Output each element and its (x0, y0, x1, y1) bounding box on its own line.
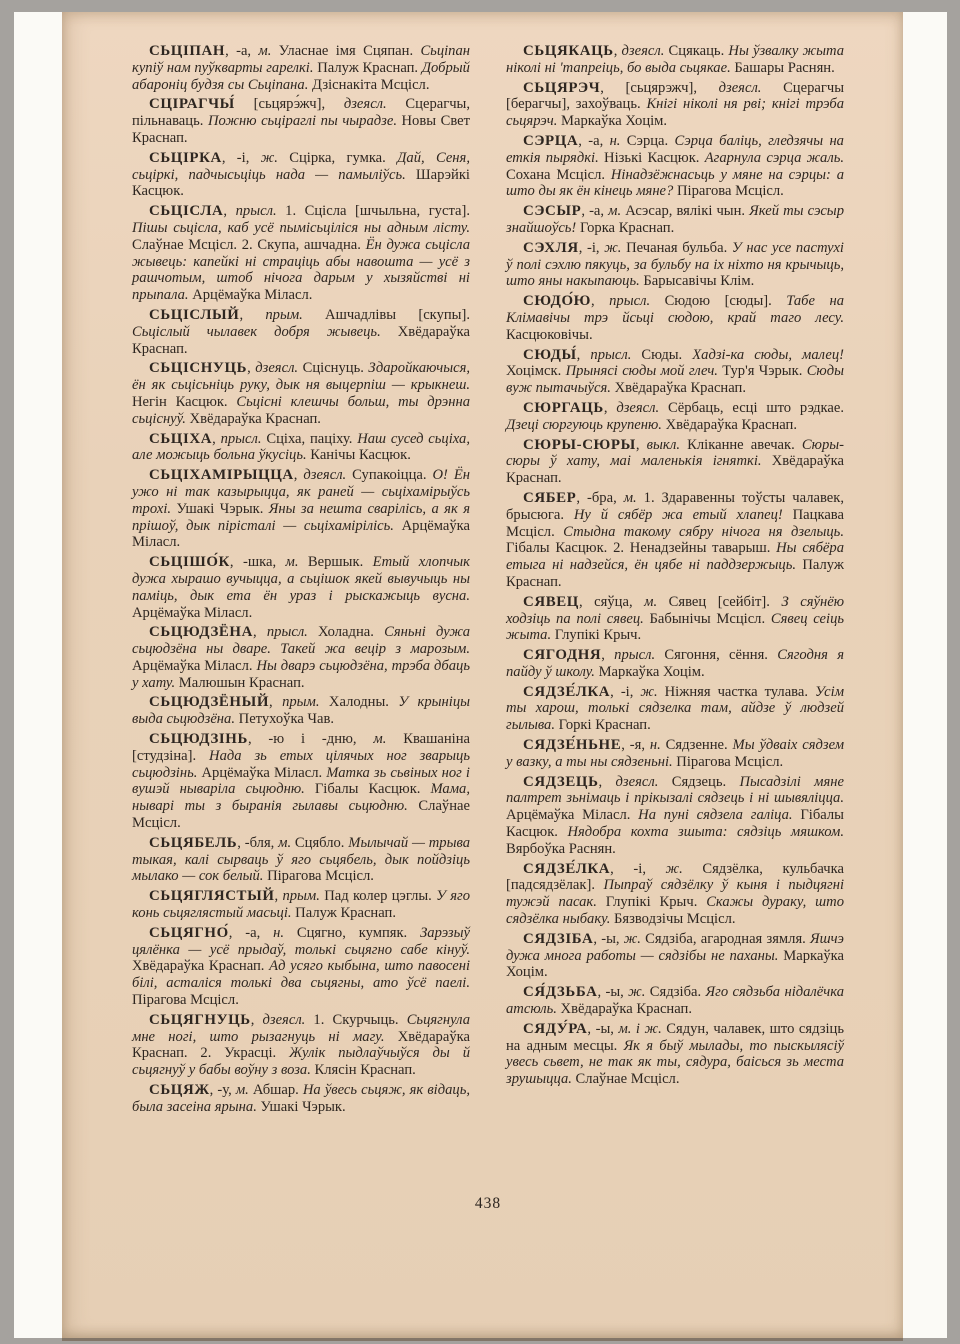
example-text: прым. (282, 888, 319, 904)
entry-text: Сядзіба. (645, 984, 705, 1000)
dictionary-entry: СЯДЗЕ́ЛКА, -і, ж. Ніжняя частка тулава. … (506, 684, 844, 734)
entry-text: Арцёмаўка Міласл. (506, 807, 638, 823)
example-text: ж. (604, 240, 621, 256)
entry-text: , (577, 347, 591, 363)
example-text: н. (610, 133, 621, 149)
entry-text: Тур'я Чэрык. (718, 363, 807, 379)
entry-text: Сохана Мсцісл. (506, 167, 611, 183)
entry-text: Печаная бульба. (621, 240, 731, 256)
headword: СЬЦЮДЗІНЬ (149, 731, 248, 747)
entry-text: Хоцімск. (506, 363, 566, 379)
example-text: дзеясл. (344, 96, 387, 112)
entry-text: Палуж Краснап. (292, 905, 396, 921)
example-text: прысл. (614, 647, 655, 663)
entry-text: , -бра, (576, 490, 623, 506)
example-text: дзеясл. (303, 467, 346, 483)
entry-text: Сюды. (631, 347, 692, 363)
dictionary-entry: СЯГОДНЯ, прысл. Сягоння, сёння. Сягодня … (506, 647, 844, 681)
entry-text: Маркаўка Хоцім. (557, 113, 667, 129)
entry-text: Хвёдараўка Краснап. (662, 417, 797, 433)
entry-text: Сціснуць. (298, 360, 368, 376)
entry-text: , -бля, (237, 835, 278, 851)
dictionary-entry: СЬЦІХА, прысл. Сціха, паціху. Наш сусед … (132, 431, 470, 465)
entry-text: , -ю і -дню, (248, 731, 373, 747)
dictionary-entry: СЬЦЮДЗЁНЫЙ, прым. Халодны. У крыніцы выд… (132, 694, 470, 728)
headword: СЬЦЯГНУЦЬ (149, 1012, 251, 1028)
example-text: м. (608, 203, 621, 219)
headword: СЭСЫР (523, 203, 581, 219)
headword: СЬЦІСЛЫЙ (149, 307, 239, 323)
dictionary-entry: СЮРЫ-СЮРЫ, выкл. Кліканне авечак. Сюры-с… (506, 437, 844, 487)
right-column: СЬЦЯКАЦЬ, дзеясл. Сцякаць. Ны ўзвалку жы… (506, 43, 844, 1119)
entry-text: Маркаўка Хоцім. (595, 664, 705, 680)
headword: СЮДО́Ю (523, 293, 591, 309)
example-text: Сьціслый чылавек добря жывець. (132, 324, 381, 340)
entry-text: Ушакі Чэрык. (257, 1099, 346, 1115)
entry-text: , (253, 624, 267, 640)
entry-text: Негін Касцюк. (132, 394, 236, 410)
entry-text: Нізькі Касцюк. (599, 150, 705, 166)
example-text: Пішы сьцісла, каб усё пымісьціліся ны ад… (132, 220, 470, 236)
entry-text: Пірагова Мсцісл. (132, 992, 239, 1008)
entry-text: , -і, (579, 240, 605, 256)
example-text: м. (236, 1082, 249, 1098)
example-text: дзеясл. (616, 774, 659, 790)
example-text: Хадзі-ка сюды, малец! (692, 347, 844, 363)
entry-text: Пірагова Мсцісл. (673, 183, 784, 199)
entry-text: Пірагова Мсцісл. (673, 754, 784, 770)
dictionary-entry: СЮДО́Ю, прысл. Сюдою [сюды]. Табе на Клі… (506, 293, 844, 343)
headword: СЬЦЯКАЦЬ (523, 43, 614, 59)
headword: СЮДЫ́ (523, 347, 577, 363)
entry-text: Абшар. (249, 1082, 303, 1098)
entry-text: Петухоўка Чав. (235, 711, 334, 727)
example-text: дзеясл. (263, 1012, 306, 1028)
dictionary-page: СЬЦІПАН, -а, м. Уласнае імя Сцяпан. Сьці… (62, 12, 903, 1341)
entry-text: , (212, 431, 220, 447)
headword: СЯВЕЦ (523, 594, 579, 610)
entry-text: Сягоння, сёння. (655, 647, 777, 663)
dictionary-entry: СЬЦІСЛЫЙ, прым. Ашчадлівы [скупы]. Сьціс… (132, 307, 470, 357)
headword: СЯДЗЕ́ЛКА (523, 861, 610, 877)
entry-text: Сцябло. (291, 835, 348, 851)
entry-text: Гібалы Касцюк. 2. Ненадзейны таварыш. (506, 540, 776, 556)
dictionary-entry: СЬЦЯГНО́, -а, н. Сцягно, кумпяк. Зарэзыў… (132, 925, 470, 1009)
dictionary-entry: СЬЦЯГЛЯСТЫЙ, прым. Пад колер цэглы. У яг… (132, 888, 470, 922)
entry-text: Пірагова Мсцісл. (263, 868, 374, 884)
dictionary-entry: СЮДЫ́, прысл. Сюды. Хадзі-ка сюды, малец… (506, 347, 844, 397)
entry-text: Сюдою [сюды]. (650, 293, 786, 309)
headword: СЬЦЯГЛЯСТЫЙ (149, 888, 275, 904)
dictionary-entry: СЬЦЯГНУЦЬ, дзеясл. 1. Скурчыць. Сьцягнул… (132, 1012, 470, 1079)
entry-text: Хвёдараўка Краснап. (186, 411, 321, 427)
headword: СЬЦЯЖ (149, 1082, 210, 1098)
entry-text: Пад колер цэглы. (320, 888, 436, 904)
entry-text: , (614, 43, 622, 59)
entry-text: Сэрца. (620, 133, 674, 149)
example-text: ж. (261, 150, 278, 166)
text-block: СЬЦІПАН, -а, м. Уласнае імя Сцяпан. Сьці… (132, 43, 844, 1119)
entry-text: Вершык. (299, 554, 373, 570)
entry-text: Хвёдараўка Краснап. (557, 1001, 692, 1017)
entry-text: Бабынічы Мсцісл. (644, 611, 771, 627)
entry-text: , (636, 437, 647, 453)
headword: СЯГОДНЯ (523, 647, 601, 663)
entry-text: Ушакі Чэрык. (171, 501, 269, 517)
entry-text: Арцёмаўка Міласл. (189, 287, 313, 303)
entry-text: Асэсар, вялікі чын. (621, 203, 749, 219)
entry-text: Горка Краснап. (576, 220, 674, 236)
example-text: м. (373, 731, 386, 747)
entry-text: Гібалы Касцюк. (305, 781, 431, 797)
example-text: м. (286, 554, 299, 570)
entry-text: , -шка, (230, 554, 286, 570)
entry-text: Касцюковічы. (506, 327, 593, 343)
entry-text: Палуж Краснап. (314, 60, 422, 76)
dictionary-entry: СЬЦІХАМІРЫЦЦА, дзеясл. Супакоіцца. О! Ён… (132, 467, 470, 551)
entry-text: Ашчадлівы [скупы]. (303, 307, 470, 323)
example-text: прым. (265, 307, 302, 323)
entry-text: Хвёдараўка Краснап. (132, 958, 269, 974)
entry-text: , -у, (210, 1082, 236, 1098)
dictionary-entry: СЯДЗІБА, -ы, ж. Сядзіба, агародная зямля… (506, 931, 844, 981)
example-text: прысл. (590, 347, 631, 363)
entry-text: Арцёмаўка Міласл. (197, 765, 326, 781)
example-text: ж. (624, 931, 641, 947)
dictionary-entry: СЬЦІСНУЦЬ, дзеясл. Сціснуць. Здаройкаючы… (132, 360, 470, 427)
entry-text: Сядзіба, агародная зямля. (641, 931, 810, 947)
example-text: прысл. (221, 431, 262, 447)
headword: СЯДУ́РА (523, 1021, 587, 1037)
entry-text: Халодны. (320, 694, 399, 710)
example-text: дзеясл. (255, 360, 298, 376)
example-text: дзеясл. (719, 80, 762, 96)
example-text: м. і ж. (618, 1021, 661, 1037)
entry-text: Сцякаць. (664, 43, 728, 59)
example-text: прысл. (236, 203, 277, 219)
entry-text: Уласнае імя Сцяпан. (271, 43, 420, 59)
entry-text: Арцёмаўка Міласл. (132, 658, 256, 674)
dictionary-entry: СЯДЗЕ́НЬНЕ, -я, н. Сядзенне. Мы ўдваіх с… (506, 737, 844, 771)
dictionary-entry: СЬЦЯБЕЛЬ, -бля, м. Сцябло. Мылычай — тры… (132, 835, 470, 885)
example-text: ж. (628, 984, 645, 1000)
entry-text: , -а, (581, 203, 608, 219)
example-text: ж. (640, 684, 657, 700)
dictionary-entry: СЬЦЯЖ, -у, м. Абшар. На ўвесь сьцяж, як … (132, 1082, 470, 1116)
entry-text: Сціха, паціху. (262, 431, 358, 447)
entry-text: , (599, 774, 616, 790)
headword: СЭРЦА (523, 133, 578, 149)
entry-text: , (223, 203, 235, 219)
entry-text: 1. Скурчыць. (305, 1012, 406, 1028)
entry-text: 1. Сцісла [шчыльна, густа]. (277, 203, 470, 219)
entry-text: [сьцярэ́жч], (235, 96, 344, 112)
headword: СЬЦІСНУЦЬ (149, 360, 247, 376)
example-text: Пожню сьціраглі пы чырадзе. (208, 113, 397, 129)
headword: СЬЦЮДЗЁНА (149, 624, 253, 640)
example-text: прым. (282, 694, 319, 710)
entry-text: Вярбоўка Раснян. (506, 841, 616, 857)
example-text: На пуні сядзела галіца. (638, 807, 792, 823)
headword: СЮРГАЦЬ (523, 400, 604, 416)
entry-text: , -ы, (587, 1021, 618, 1037)
entry-text: Ніжняя частка тулава. (658, 684, 815, 700)
dictionary-entry: СЯДУ́РА, -ы, м. і ж. Сядун, чалавек, што… (506, 1021, 844, 1088)
entry-text: Дзіснакіта Мсцісл. (308, 77, 429, 93)
entry-text: Сявец [сейбіт]. (657, 594, 781, 610)
entry-text: Башары Раснян. (731, 60, 835, 76)
entry-text: , (294, 467, 304, 483)
entry-text: Бязводзічы Мсцісл. (610, 911, 735, 927)
headword: СЬЦІШО́К (149, 554, 230, 570)
entry-text: , (591, 293, 609, 309)
entry-text: Сцірка, гумка. (278, 150, 397, 166)
entry-text: Хвёдараўка Краснап. (611, 380, 746, 396)
entry-text: Арцёмаўка Міласл. (132, 605, 252, 621)
example-text: дзеясл. (622, 43, 665, 59)
entry-text: , сяўца, (579, 594, 644, 610)
entry-text: , (239, 307, 265, 323)
entry-text: Сёрбаць, есці што рэдкае. (659, 400, 844, 416)
entry-text: Холадна. (308, 624, 384, 640)
entry-text: , -і, (610, 684, 640, 700)
headword: СЬЦІХАМІРЫЦЦА (149, 467, 294, 483)
headword: СЯДЗЕ́НЬНЕ (523, 737, 621, 753)
dictionary-entry: СЯДЗЕ́ЛКА, -і, ж. Сядзёлка, кульбачка [п… (506, 861, 844, 928)
example-text: Прынясі сюды мой глеч. (566, 363, 718, 379)
dictionary-entry: СЯ́ДЗЬБА, -ы, ж. Сядзіба. Яго сядзьба ні… (506, 984, 844, 1018)
headword: СЬЦІПАН (149, 43, 225, 59)
example-text: м. (278, 835, 291, 851)
dictionary-entry: СЬЦЯКАЦЬ, дзеясл. Сцякаць. Ны ўзвалку жы… (506, 43, 844, 77)
example-text: дзеясл. (616, 400, 659, 416)
dictionary-entry: СЭХЛЯ, -і, ж. Печаная бульба. У нас усе … (506, 240, 844, 290)
page-number: 438 (132, 1195, 844, 1213)
example-text: Стыдна такому сябру нічога ня дзелыць. (563, 524, 844, 540)
headword: СЯДЗЕ́ЛКА (523, 684, 610, 700)
entry-text: , -і, (610, 861, 665, 877)
example-text: прысл. (267, 624, 308, 640)
example-text: ж. (666, 861, 683, 877)
entry-text: , -ы, (593, 931, 623, 947)
example-text: н. (650, 737, 661, 753)
left-column: СЬЦІПАН, -а, м. Уласнае імя Сцяпан. Сьці… (132, 43, 470, 1119)
entry-text: Глупікі Крыч. (597, 894, 706, 910)
example-text: Ну й сябёр жа етый хлапец! (574, 507, 783, 523)
entry-text: Кліканне авечак. (680, 437, 802, 453)
entry-text: Канічы Касцюк. (307, 447, 411, 463)
entry-text: , (251, 1012, 263, 1028)
entry-text: , -а, (229, 925, 273, 941)
entry-text: Малюшын Краснап. (175, 675, 304, 691)
entry-text: , -ы, (597, 984, 628, 1000)
headword: СЬЦІРКА (149, 150, 222, 166)
entry-text: , -а, (578, 133, 609, 149)
example-text: н. (273, 925, 284, 941)
example-text: Дзеці сюргуюць крупеню. (506, 417, 662, 433)
example-text: Нядобра кохта зшыта: сядзіць мяшком. (567, 824, 844, 840)
headword: СЮРЫ-СЮРЫ (523, 437, 636, 453)
entry-text: , (601, 647, 614, 663)
headword: СЯДЗІБА (523, 931, 593, 947)
scan-backdrop: { "document": { "kind": "dictionary-page… (0, 0, 960, 1344)
entry-text: Слаўнае Мсцісл. 2. Скупа, ашчадна. (132, 237, 366, 253)
entry-text: Сядзенне. (661, 737, 733, 753)
dictionary-entry: СЬЦІРКА, -і, ж. Сцірка, гумка. Дай, Сеня… (132, 150, 470, 200)
headword: СЬЦІХА (149, 431, 212, 447)
dictionary-entry: СЬЦЮДЗЁНА, прысл. Холадна. Сяньні дужа с… (132, 624, 470, 691)
dictionary-entry: СЬЦЮДЗІНЬ, -ю і -дню, м. Квашаніна [студ… (132, 731, 470, 832)
example-text: м. (258, 43, 271, 59)
headword: СЬЦЮДЗЁНЫЙ (149, 694, 269, 710)
entry-text: Барысавічы Клім. (640, 273, 754, 289)
dictionary-entry: СЭРЦА, -а, н. Сэрца. Сэрца баліць, гледз… (506, 133, 844, 200)
headword: СЯ́ДЗЬБА (523, 984, 597, 1000)
headword: СЬЦЯБЕЛЬ (149, 835, 237, 851)
example-text: м. (644, 594, 657, 610)
headword: СЭХЛЯ (523, 240, 579, 256)
headword: СЬЦЯГНО́ (149, 925, 229, 941)
example-text: выкл. (647, 437, 680, 453)
dictionary-entry: СЭСЫР, -а, м. Асэсар, вялікі чын. Якей т… (506, 203, 844, 237)
entry-text: Сцягно, кумпяк. (284, 925, 420, 941)
entry-text: Клясін Краснап. (311, 1062, 416, 1078)
entry-text: , -я, (621, 737, 650, 753)
entry-text: Горкі Краснап. (555, 717, 651, 733)
entry-text: Супакоіцца. (346, 467, 432, 483)
dictionary-entry: СЬЦІШО́К, -шка, м. Вершык. Етый хлопчык … (132, 554, 470, 621)
example-text: м. (624, 490, 637, 506)
example-text: прысл. (609, 293, 650, 309)
entry-text: Слаўнае Мсцісл. (572, 1071, 680, 1087)
dictionary-entry: СЯБЕР, -бра, м. 1. Здаравенны тоўсты чал… (506, 490, 844, 591)
headword: СЬЦІСЛА (149, 203, 223, 219)
headword: СЯБЕР (523, 490, 576, 506)
dictionary-entry: СЯВЕЦ, сяўца, м. Сявец [сейбіт]. З сяўнё… (506, 594, 844, 644)
entry-text: , -і, (222, 150, 261, 166)
headword: СЬЦЯРЭЧ (523, 80, 600, 96)
dictionary-entry: СЬЦІПАН, -а, м. Уласнае імя Сцяпан. Сьці… (132, 43, 470, 93)
entry-text: , [сьцярэжч], (600, 80, 718, 96)
headword: СЦІРАГЧЫ́ (149, 96, 235, 112)
dictionary-entry: СЮРГАЦЬ, дзеясл. Сёрбаць, есці што рэдка… (506, 400, 844, 434)
entry-text: Сядзець. (658, 774, 739, 790)
dictionary-entry: СЬЦЯРЭЧ, [сьцярэжч], дзеясл. Сцерагчы [б… (506, 80, 844, 130)
dictionary-entry: СЦІРАГЧЫ́ [сьцярэ́жч], дзеясл. Сцерагчы,… (132, 96, 470, 146)
example-text: Агарнула сэрца жаль. (705, 150, 844, 166)
dictionary-entry: СЯДЗЕЦЬ, дзеясл. Сядзець. Пысадзілі мяне… (506, 774, 844, 858)
headword: СЯДЗЕЦЬ (523, 774, 599, 790)
entry-text: , (604, 400, 616, 416)
scan-paper-sheet: СЬЦІПАН, -а, м. Уласнае імя Сцяпан. Сьці… (14, 12, 947, 1338)
entry-text: , (269, 694, 282, 710)
entry-text: , -а, (225, 43, 258, 59)
dictionary-entry: СЬЦІСЛА, прысл. 1. Сцісла [шчыльна, густ… (132, 203, 470, 304)
entry-text: Глупікі Крыч. (551, 627, 641, 643)
